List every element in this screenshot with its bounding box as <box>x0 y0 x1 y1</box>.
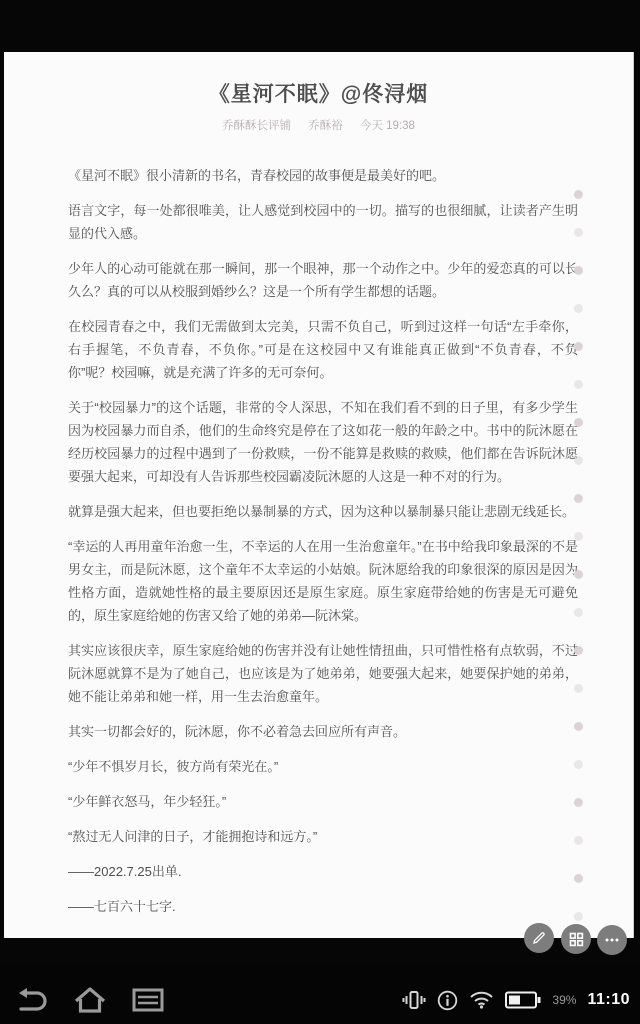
page-dot <box>574 684 583 693</box>
paragraph: ——七百六十七字. <box>68 895 578 918</box>
more-button[interactable] <box>597 925 627 955</box>
page-dot <box>574 760 583 769</box>
paragraph: ——2022.7.25出单. <box>68 860 578 883</box>
page-dot <box>574 874 583 883</box>
paragraph: 语言文字，每一处都很唯美，让人感觉到校园中的一切。描写的也很细腻，让读者产生明显… <box>68 199 578 245</box>
paragraph: 少年人的心动可能就在那一瞬间，那一个眼神，那一个动作之中。少年的爱恋真的可以长久… <box>68 257 578 303</box>
paragraph: 《星河不眠》很小清新的书名，青春校园的故事便是最美好的吧。 <box>68 164 578 187</box>
page-title: 《星河不眠》@佟浔烟 <box>4 78 633 108</box>
paragraph: 其实应该很庆幸，原生家庭给她的伤害并没有让她性情扭曲，只可惜性格有点软弱，不过阮… <box>68 639 578 708</box>
meta-author-name: 乔酥裕 <box>308 120 343 132</box>
page-dot <box>574 190 583 199</box>
paragraph: “少年不惧岁月长，彼方尚有荣光在。” <box>68 755 578 778</box>
page-dot <box>574 570 583 579</box>
pencil-icon <box>531 930 547 946</box>
grid-icon <box>569 932 584 947</box>
wifi-icon <box>469 990 494 1010</box>
page-dot <box>574 836 583 845</box>
recents-button[interactable] <box>128 982 168 1018</box>
page-dot <box>574 228 583 237</box>
paragraph: 其实一切都会好的，阮沐愿，你不必着急去回应所有声音。 <box>68 720 578 743</box>
page-dot <box>574 342 583 351</box>
post-meta: 乔酥酥长评铺 乔酥裕 今天 19:38 <box>4 117 633 133</box>
clock: 11:10 <box>587 991 630 1009</box>
info-icon <box>437 990 458 1011</box>
paragraph: 关于“校园暴力”的这个话题，非常的令人深思，不知在我们看不到的日子里，有多少学生… <box>68 396 578 488</box>
page-dot <box>574 266 583 275</box>
page-dot <box>574 304 583 313</box>
ellipsis-icon <box>604 932 620 948</box>
paragraph: “熬过无人问津的日子，才能拥抱诗和远方。” <box>68 825 578 848</box>
home-button[interactable] <box>70 982 110 1018</box>
page-dot <box>574 456 583 465</box>
paragraph: 在校园青春之中，我们无需做到太完美，只需不负自己，听到过这样一句话“左手牵你，右… <box>68 315 578 384</box>
review-body: 《星河不眠》很小清新的书名，青春校园的故事便是最美好的吧。语言文字，每一处都很唯… <box>68 164 578 930</box>
paragraph: 就算是强大起来，但也要拒绝以暴制暴的方式，因为这种以暴制暴只能让悲剧无线延长。 <box>68 500 578 523</box>
meta-shop-name: 乔酥酥长评铺 <box>222 120 291 132</box>
vibrate-icon <box>402 990 426 1010</box>
page-dot <box>574 418 583 427</box>
page-dot <box>574 380 583 389</box>
home-icon <box>73 986 107 1014</box>
paragraph: “少年鲜衣怒马，年少轻狂。” <box>68 790 578 813</box>
page-dot <box>574 532 583 541</box>
battery-icon <box>505 991 541 1009</box>
meta-timestamp: 今天 19:38 <box>360 120 415 132</box>
back-arrow-icon <box>15 987 49 1013</box>
page-dot <box>574 912 583 921</box>
battery-percent: 39% <box>552 993 576 1007</box>
page-dot <box>574 646 583 655</box>
back-button[interactable] <box>12 982 52 1018</box>
tablet-screen: 《星河不眠》@佟浔烟 乔酥酥长评铺 乔酥裕 今天 19:38 《星河不眠》很小清… <box>0 0 640 1024</box>
apps-button[interactable] <box>561 924 591 954</box>
recent-apps-icon <box>132 987 164 1013</box>
page-dot <box>574 494 583 503</box>
paragraph: “幸运的人再用童年治愈一生，不幸运的人在用一生治愈童年。”在书中给我印象最深的不… <box>68 535 578 627</box>
page-dot <box>574 798 583 807</box>
edit-button[interactable] <box>524 923 554 953</box>
system-navbar: 39% 11:10 <box>0 966 640 1024</box>
document-page[interactable]: 《星河不眠》@佟浔烟 乔酥酥长评铺 乔酥裕 今天 19:38 《星河不眠》很小清… <box>4 52 634 938</box>
page-dot <box>574 608 583 617</box>
page-dot <box>574 722 583 731</box>
